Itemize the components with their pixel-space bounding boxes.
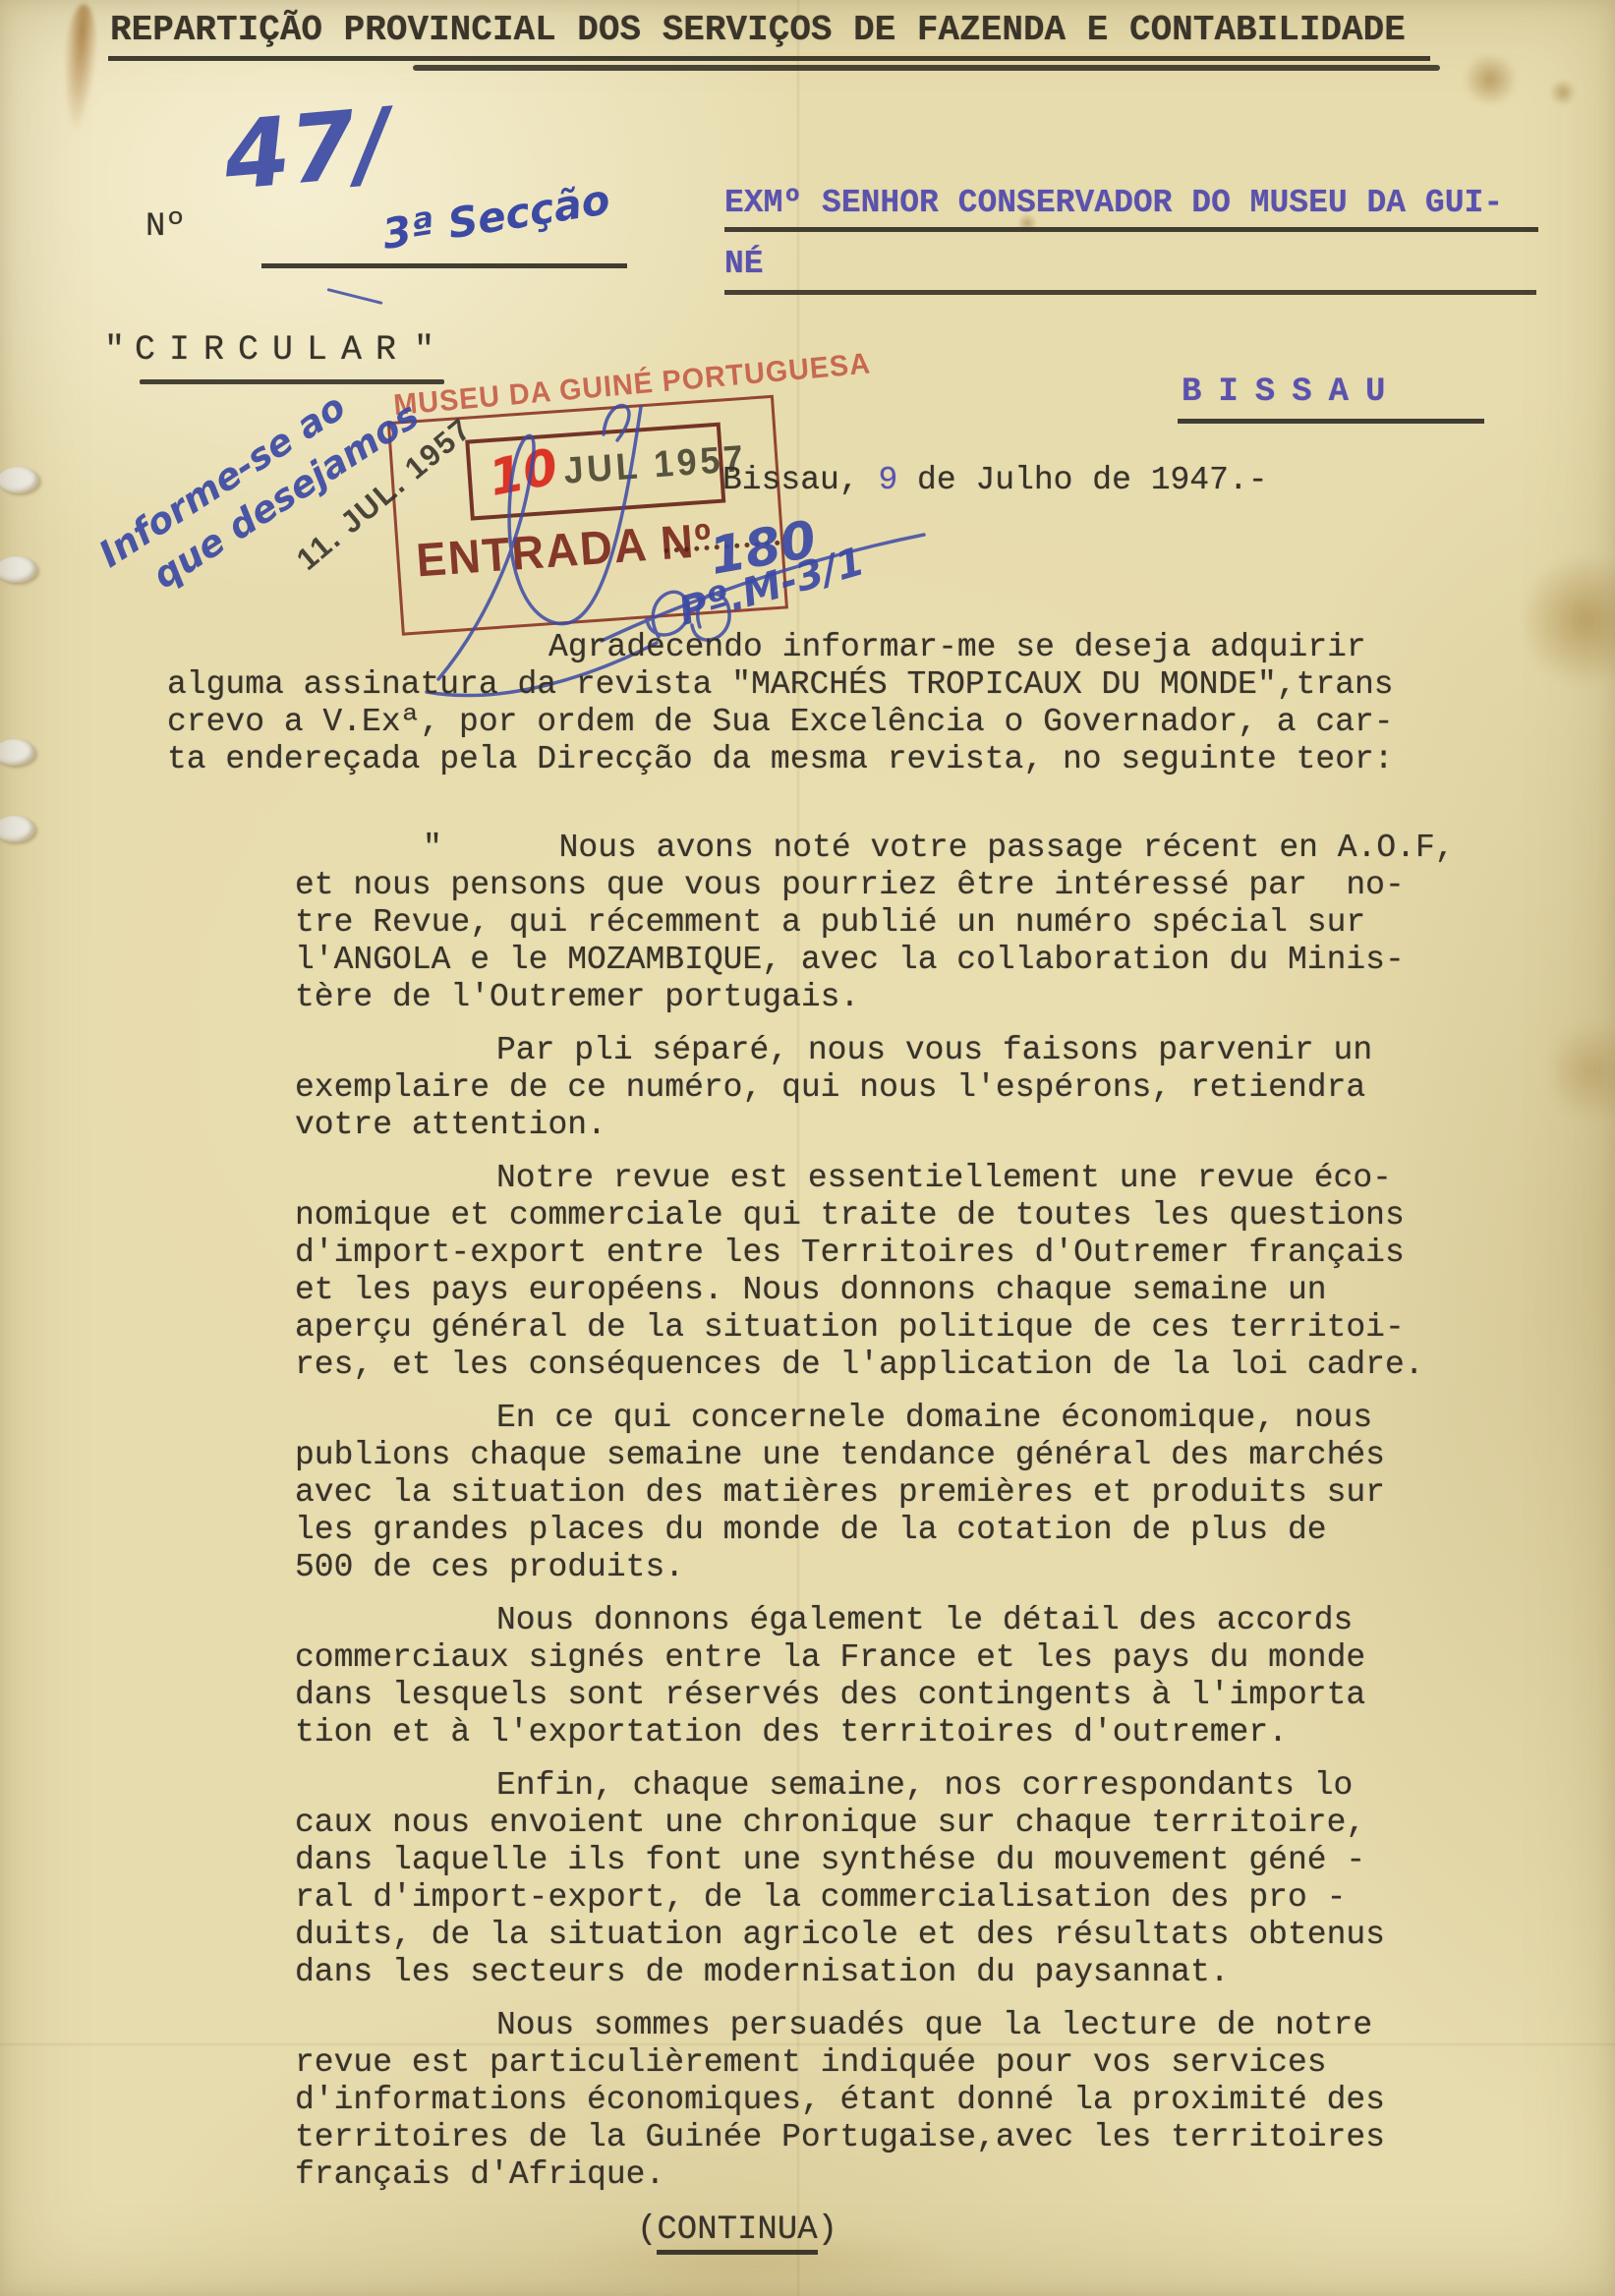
close-paren: ) [818, 2211, 837, 2249]
paper-stain [1461, 55, 1520, 104]
continua-footer: (CONTINUA) [637, 2211, 837, 2249]
addressee-line1: EXMº SENHOR CONSERVADOR DO MUSEU DA GUI- [724, 185, 1503, 221]
paper-stain [1548, 81, 1578, 104]
continua-text: CONTINUA [657, 2211, 817, 2255]
paragraph-quote-5: Nous donnons également le détail des acc… [295, 1602, 1615, 1751]
paragraph-quote-6: Enfin, chaque semaine, nos correspondant… [295, 1767, 1615, 1991]
number-underline [261, 263, 627, 268]
punch-hole [0, 556, 37, 583]
paragraph-quote-2: Par pli séparé, nous vous faisons parven… [295, 1032, 1615, 1144]
dateline-place: Bissau, [722, 462, 878, 498]
open-paren: ( [637, 2211, 657, 2249]
dateline-rest: de Julho de 1947.- [897, 462, 1267, 498]
dateline: Bissau, 9 de Julho de 1947.- [722, 462, 1268, 498]
paragraph-quote-1: " Nous avons noté votre passage récent e… [295, 830, 1615, 1016]
addressee-underline-2 [724, 290, 1536, 295]
number-value-handwritten: 47/ [219, 87, 394, 211]
letterhead-underline [108, 56, 1430, 61]
paragraph-quote-4: En ce qui concernele domaine économique,… [295, 1400, 1615, 1586]
addressee-underline-1 [724, 227, 1538, 232]
circular-underline [140, 379, 444, 384]
addressee-line2: NÉ [724, 246, 764, 282]
document-page: REPARTIÇÃO PROVINCIAL DOS SERVIÇOS DE FA… [0, 0, 1615, 2296]
letter-body: Agradecendo informar-me se deseja adquir… [0, 629, 1615, 2210]
letterhead-title: REPARTIÇÃO PROVINCIAL DOS SERVIÇOS DE FA… [110, 10, 1406, 50]
close-quote: " [414, 330, 434, 370]
handwritten-dash [326, 288, 382, 305]
open-quote: " [104, 330, 125, 370]
letterhead-underline-2 [413, 65, 1440, 71]
rust-stain [58, 3, 100, 135]
number-label: Nº [145, 208, 186, 246]
paragraph-quote-3: Notre revue est essentiellement une revu… [295, 1160, 1615, 1384]
place-label: BISSAU [1182, 373, 1402, 411]
paragraph-quote-7: Nous sommes persuadés que la lecture de … [295, 2007, 1615, 2194]
place-underline [1178, 419, 1484, 424]
paragraph-intro: Agradecendo informar-me se deseja adquir… [167, 629, 1615, 778]
dateline-day: 9 [878, 462, 897, 498]
section-handwritten: 3ª Secção [379, 175, 613, 258]
doc-type-label: "CIRCULAR" [104, 330, 434, 370]
punch-hole [0, 467, 39, 493]
